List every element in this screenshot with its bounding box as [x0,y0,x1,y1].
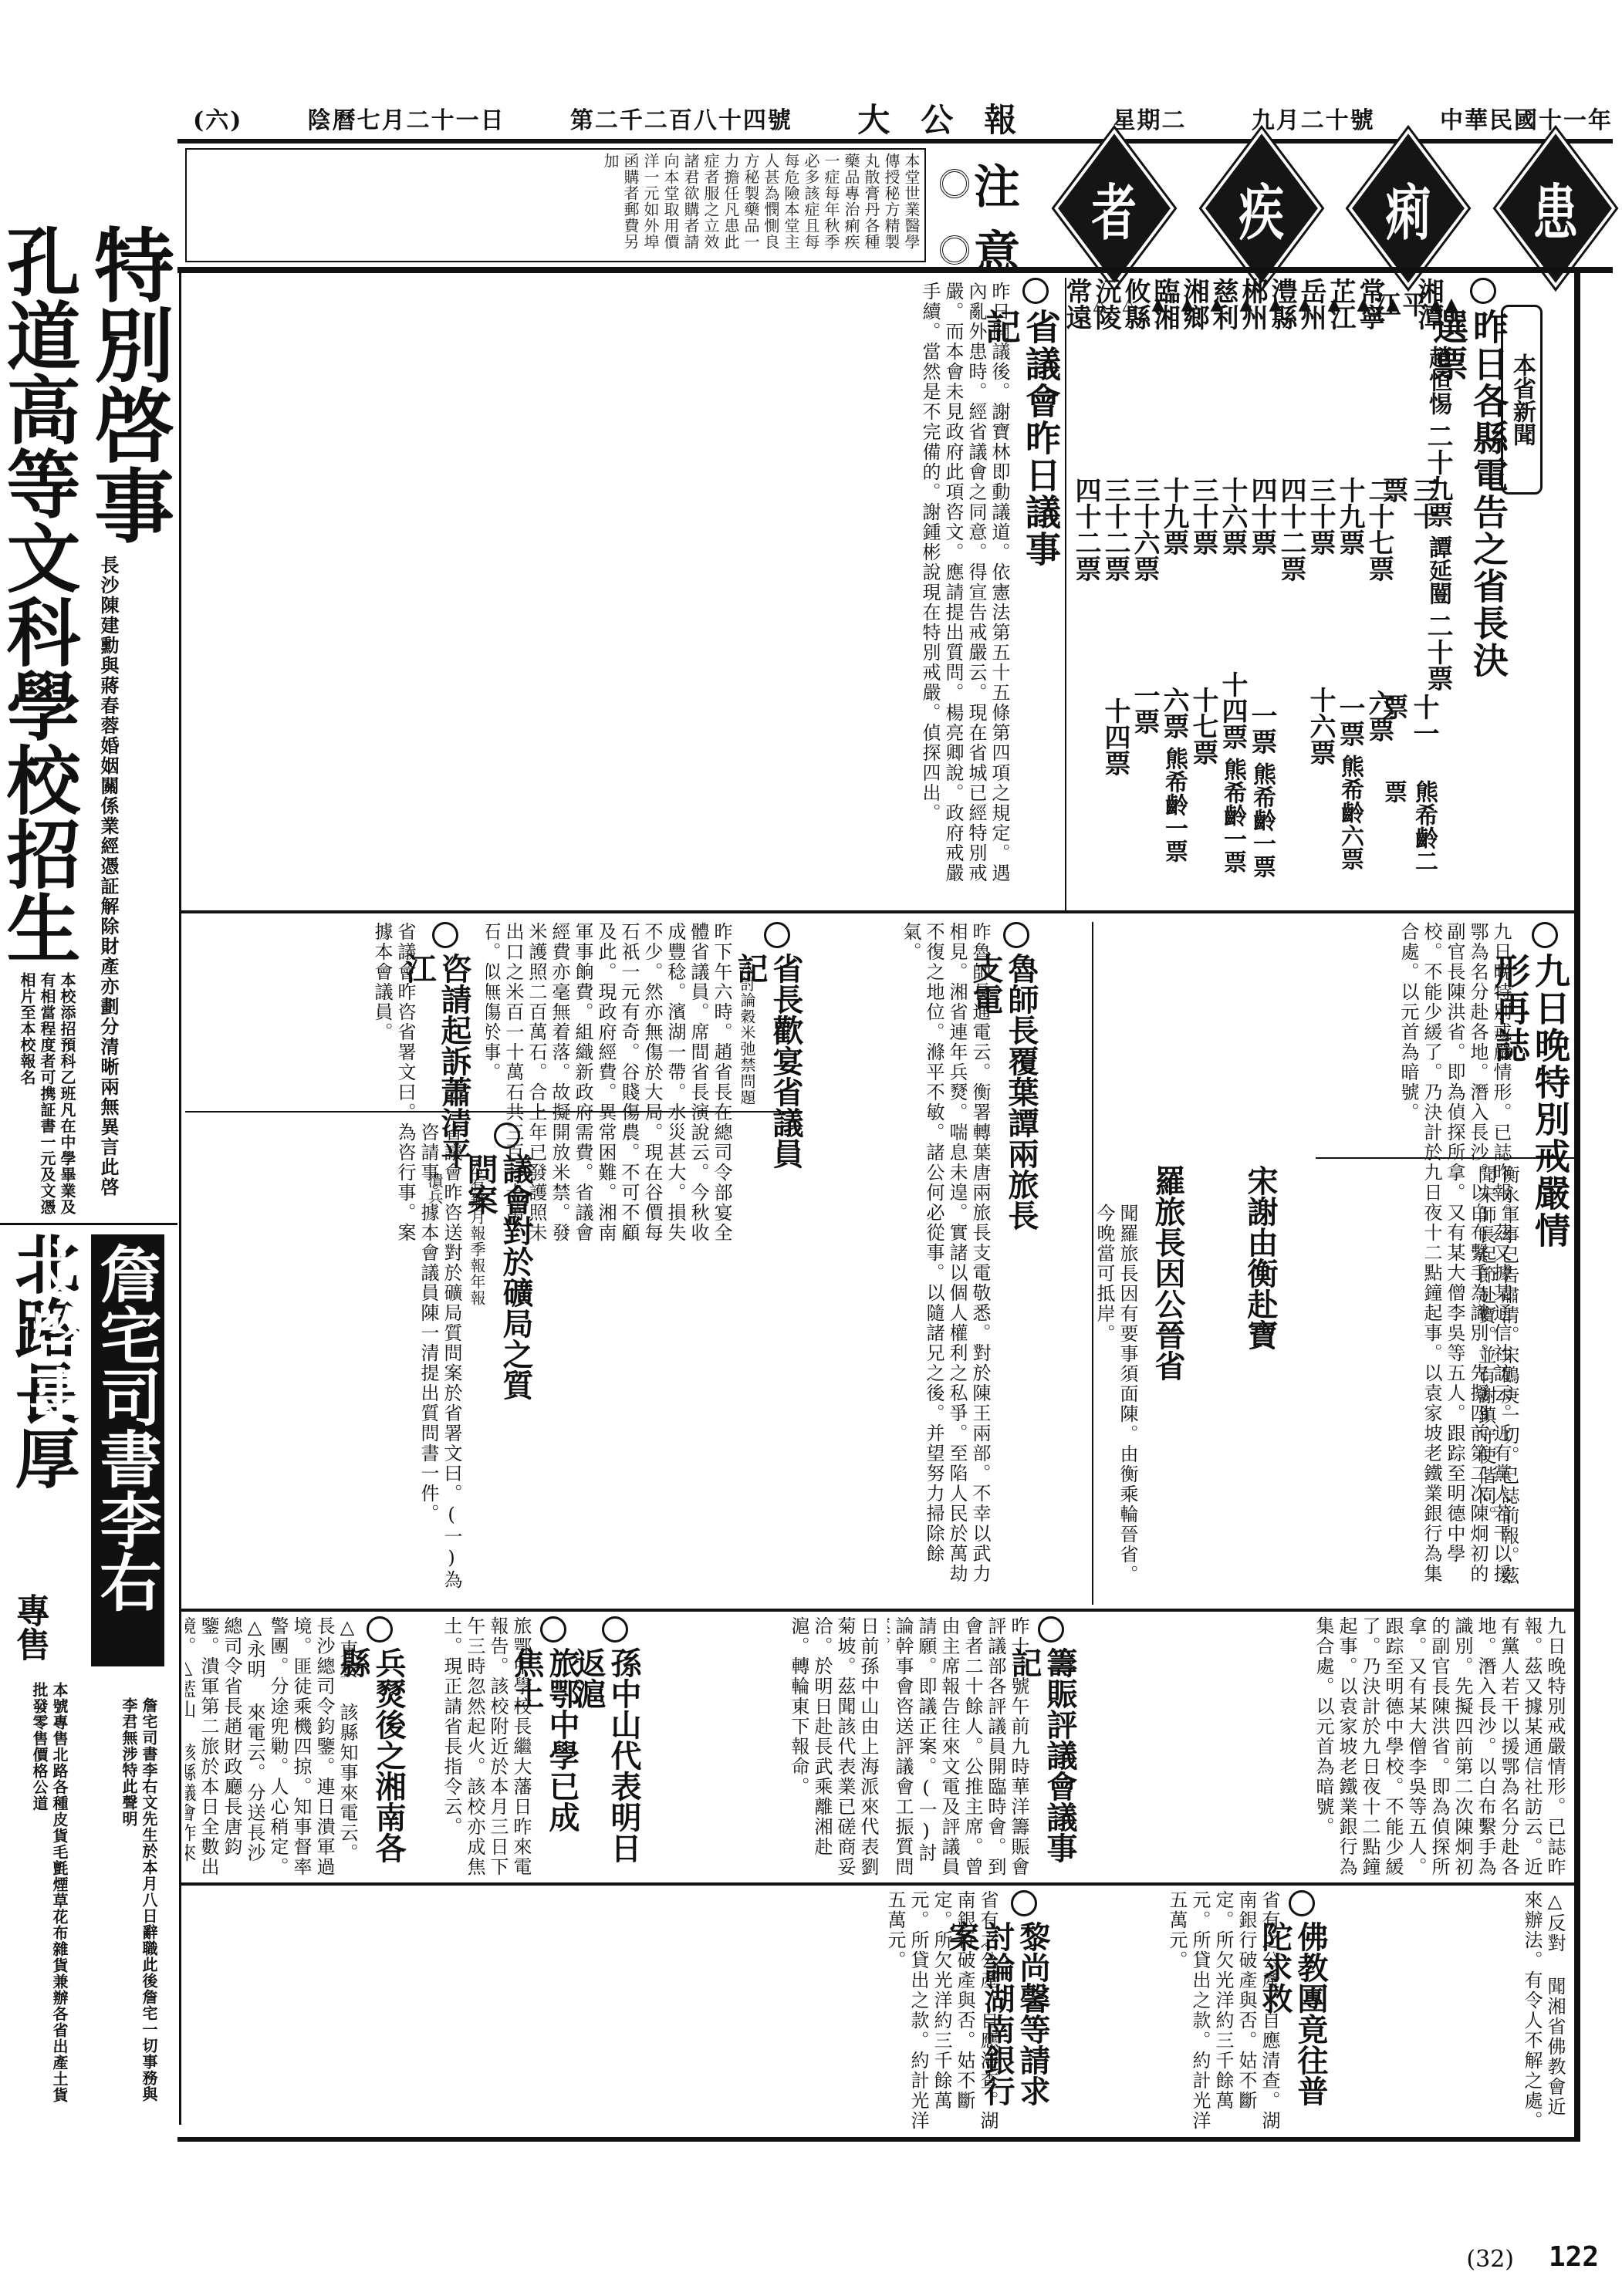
martial-law-title: 九日晚特別戒嚴情形再誌 [1524,953,1570,1277]
ad-box-4: 者 [1054,129,1174,288]
special-notice-title: 特別啓事 [85,224,170,555]
county-name: ▲湘潭 [1414,278,1461,330]
buddhist-ring [1289,1890,1326,1921]
relief-council-title: 籌賑評議會議事記 [1034,1647,1077,1879]
hubei-school-title: 旅鄂中學已成焦土 [536,1647,580,1848]
vote-col: ▲平江 三十票 十一票 熊希齡二票 [1395,278,1421,895]
mid-divider-1 [1092,922,1093,1605]
southern-ring [367,1616,404,1647]
bank-continuation-body: 省有之公產。自應清查。湖南銀行破產與否。姑不斷定。所欠光洋約三千餘萬元。所貸出之… [1057,1890,1281,2133]
candidate-tan-name: 譚延闓 [1422,535,1453,605]
ad-box-2: 痢 [1349,129,1469,288]
top-ad-rule [177,267,1613,273]
clinic-body: 本號專售北路各種皮貨毛氈煙草花布雜貨兼辦各省出產土貨批發零售價格公道 [23,1682,69,2114]
ad-attention-label: 注 意 [938,150,1022,266]
vote-col: ▲臨湘 十九票 六票 熊希齡一票 [1161,278,1187,895]
assembly-article-body: 昨日開議後。謝寶林即動議道。依憲法第五十五條第四項之規定。遇內亂外患時。經省議會… [185,282,1011,903]
mining-question-title: 議會對於礦局之質問案 [490,1153,533,1400]
southern-counties-body: △東安 該縣知事來電云。長沙總司令鈞鑒。連日潰軍過境。匪徒乘機四掠。知事督率警團… [185,1616,359,1879]
luo-brigade-body: 聞羅旅長因有要事須面陳。由衡乘輪晉省。今晚當可抵岸。 [1096,1204,1139,1589]
weekday: 星期二 [1112,101,1186,135]
mining-question-subtitle: △有無月報季報年報 [467,1157,487,1358]
assembly-article-title: 省議會昨日議事記 [1015,309,1061,586]
attention-ring-icon [940,235,969,265]
date-republic: 中華民國十一年 [1440,101,1613,135]
lu-telegram-ring [1003,922,1040,953]
vote-col: △常遠 四十二票 [1073,278,1099,895]
banquet-ring [764,922,801,953]
tan-votes: 二十票 [1422,613,1453,691]
hubei-school-body: 旅鄂中學校長繼大藩日昨來電報告。該校附近於本月三日下午三時忽然起火。該校亦成焦土… [432,1616,532,1879]
candidate-zhao-name: 趙恒惕 [1422,346,1453,415]
footer-reel-mark: (32) [1466,2246,1514,2273]
relief-council-body: 昨十一號午前九時華洋籌賑會評議部各評議員開臨時會。到會者二十餘人。公推主席。曾由… [887,1616,1030,1879]
date-month-day: 九月二十號 [1252,101,1375,135]
triangle-bullet-icon: ▲ [1442,278,1461,330]
notice-title-box: 詹宅司書李右文啓事 [91,1234,164,1666]
attention-char-1: 注 [974,150,1020,217]
ad-box-3: 疾 [1201,129,1322,288]
clinic-subtitle: 專售 [8,1593,54,1670]
vote-table [1451,339,1451,340]
buddhist-relief-body: △反對 聞湘省佛教會近來辦法。有令人不解之處。 [1335,1890,1566,2133]
issue-number: 第二千二百八十四號 [570,101,792,135]
zhao-votes: 二十九票 [1422,423,1453,528]
top-ad-small-text: 本堂世業醫學傳授秘方精製丸散膏丹各種藥品專治痢疾一症每年秋季必多該症且每每危險本… [185,148,926,262]
song-xie-title: 宋謝由衡赴寶 [1235,1165,1278,1396]
lu-telegram-body: 昨魯師長通電云。衡署轉葉唐兩旅長支電敬悉。對於陳王兩部。不幸以武力相見。湘省連年… [810,922,992,1601]
mining-rule [185,1111,803,1113]
martial-law-ring [1532,922,1569,953]
paper-name: 大公報 [857,95,1047,141]
page-marker: (六) [193,101,242,135]
right-border [1574,273,1580,2140]
vote-article-divider [1065,278,1066,910]
sun-representative-title: 孫中山代表明日返滬 [598,1647,641,1879]
vote-article-title: 昨日各縣電告之省長決選票 [1462,309,1509,710]
masthead: 中華民國十一年 九月二十號 星期二 大公報 第二千二百八十四號 陰曆七月二十一日… [193,99,1613,137]
governor-banquet-title: 省長歡宴省議員記 [760,953,803,1184]
lu-telegram-title: 魯師長覆葉譚兩旅長支電 [995,953,1039,1231]
attention-char-2: 意 [974,217,1020,283]
bottom-border [177,2137,1580,2142]
school-ad-title: 孔道高等文科學校招生廣告 [3,224,80,964]
vote-col: ▲岳州 三十票 十六票 [1307,278,1333,895]
band-rule-3 [181,1882,1574,1886]
left-ad-rule [0,1223,177,1225]
sun-representative-body: 日前孫中山由上海派來代表劉菊坡。茲聞該代表業已磋商妥洽。於明日赴長武乘離湘赴滬。… [648,1616,880,1879]
mining-question-body: 省議會昨咨送對於礦局質問案於省署文曰。(一)為咨請事。據本會議員陳一清提出質問書… [185,1123,463,1601]
vote-col: △沅陵 三十二票 十四票 [1102,278,1128,895]
left-column-divider [179,273,181,2125]
notice-body: 詹宅司書李右文先生於本月八日辭職此後詹宅一切事務與李君無涉特此聲明 [108,1697,159,2114]
band-rule-2 [181,1609,1574,1612]
vote-col: ▲湘潭 趙恒惕 二十九票 譚延闓 二十票 [1424,278,1451,895]
footer-folio-number: 122 [1549,2241,1599,2273]
hunan-bank-title: 黎尚馨等請求討論湖南銀行案 [1007,1921,1050,2129]
bank-ring [1011,1890,1048,1921]
buddhist-relief-title: 佛教團竟往普陀求救 [1285,1921,1328,2129]
vote-col: ▲郴州 四十票 一票 熊希齡一票 [1249,278,1275,895]
vote-col: ▲慈利 十六票 十四票 熊希齡一票 [1219,278,1245,895]
governor-banquet-subtitle: △討論穀米弛禁問題 [737,957,757,1126]
hunan-bank-body: 省有之公產。自應清查。湖南銀行破產與否。姑不斷定。所欠光洋約三千餘萬元。所貸出之… [185,1890,999,2133]
vote-table-columns: ▲湘潭 趙恒惕 二十九票 譚延闓 二十票 ▲平江 三十票 十一票 熊希齡二票 ▲… [1065,278,1451,895]
ad-box-1: 患 [1495,129,1616,288]
attention-ring-icon [940,169,969,198]
sun-ring [602,1616,639,1647]
band-rule-1 [181,910,1574,913]
vote-col: ▲芷江 十九票 一票 熊希齡六票 [1336,278,1363,895]
assembly-title-ring [1022,278,1059,309]
ad-diamond-boxes: 患 痢 疾 者 [1057,150,1613,266]
vote-title-ring [1470,278,1509,309]
lunar-date: 陰曆七月二十一日 [308,101,505,135]
southern-counties-title: 兵燹後之湘南各縣 [363,1647,406,1863]
special-notice-body: 長沙陳建勳與蔣春蓉婚姻關係業經憑証解除財產亦劃分清晰兩無異言此啓 [89,555,120,1204]
luo-brigade-title: 羅旅長因公晉省 [1142,1165,1185,1420]
vote-col: ▲澧縣 四十二票 [1278,278,1304,895]
school-ring [540,1616,577,1647]
vote-col: ▲攸縣 三十六票 一票 [1131,278,1157,895]
lower-band-continuation: 九日晚特別戒嚴情形。已誌昨報。茲又據某通信社訪云。近有黨人若干以援鄂為名分赴各地… [1096,1616,1566,1879]
song-xie-body: 衡永軍事已告肅清。宋鶴庚一切。已誌前報。茲聞宋師長起節赴寶。並有謝鎮守使偕同。 [1320,1165,1520,1597]
school-ad-body: 本校添招預科乙班凡在中學畢業及有相當程度者可携証書一元及文憑相片至本校報名 [15,972,77,1219]
mining-ring [494,1123,531,1153]
relief-ring [1038,1616,1075,1647]
indict-ring [432,922,469,953]
song-xie-rule [1316,1157,1574,1159]
vote-col: ▲湘鄉 三十票 十七票 [1190,278,1216,895]
